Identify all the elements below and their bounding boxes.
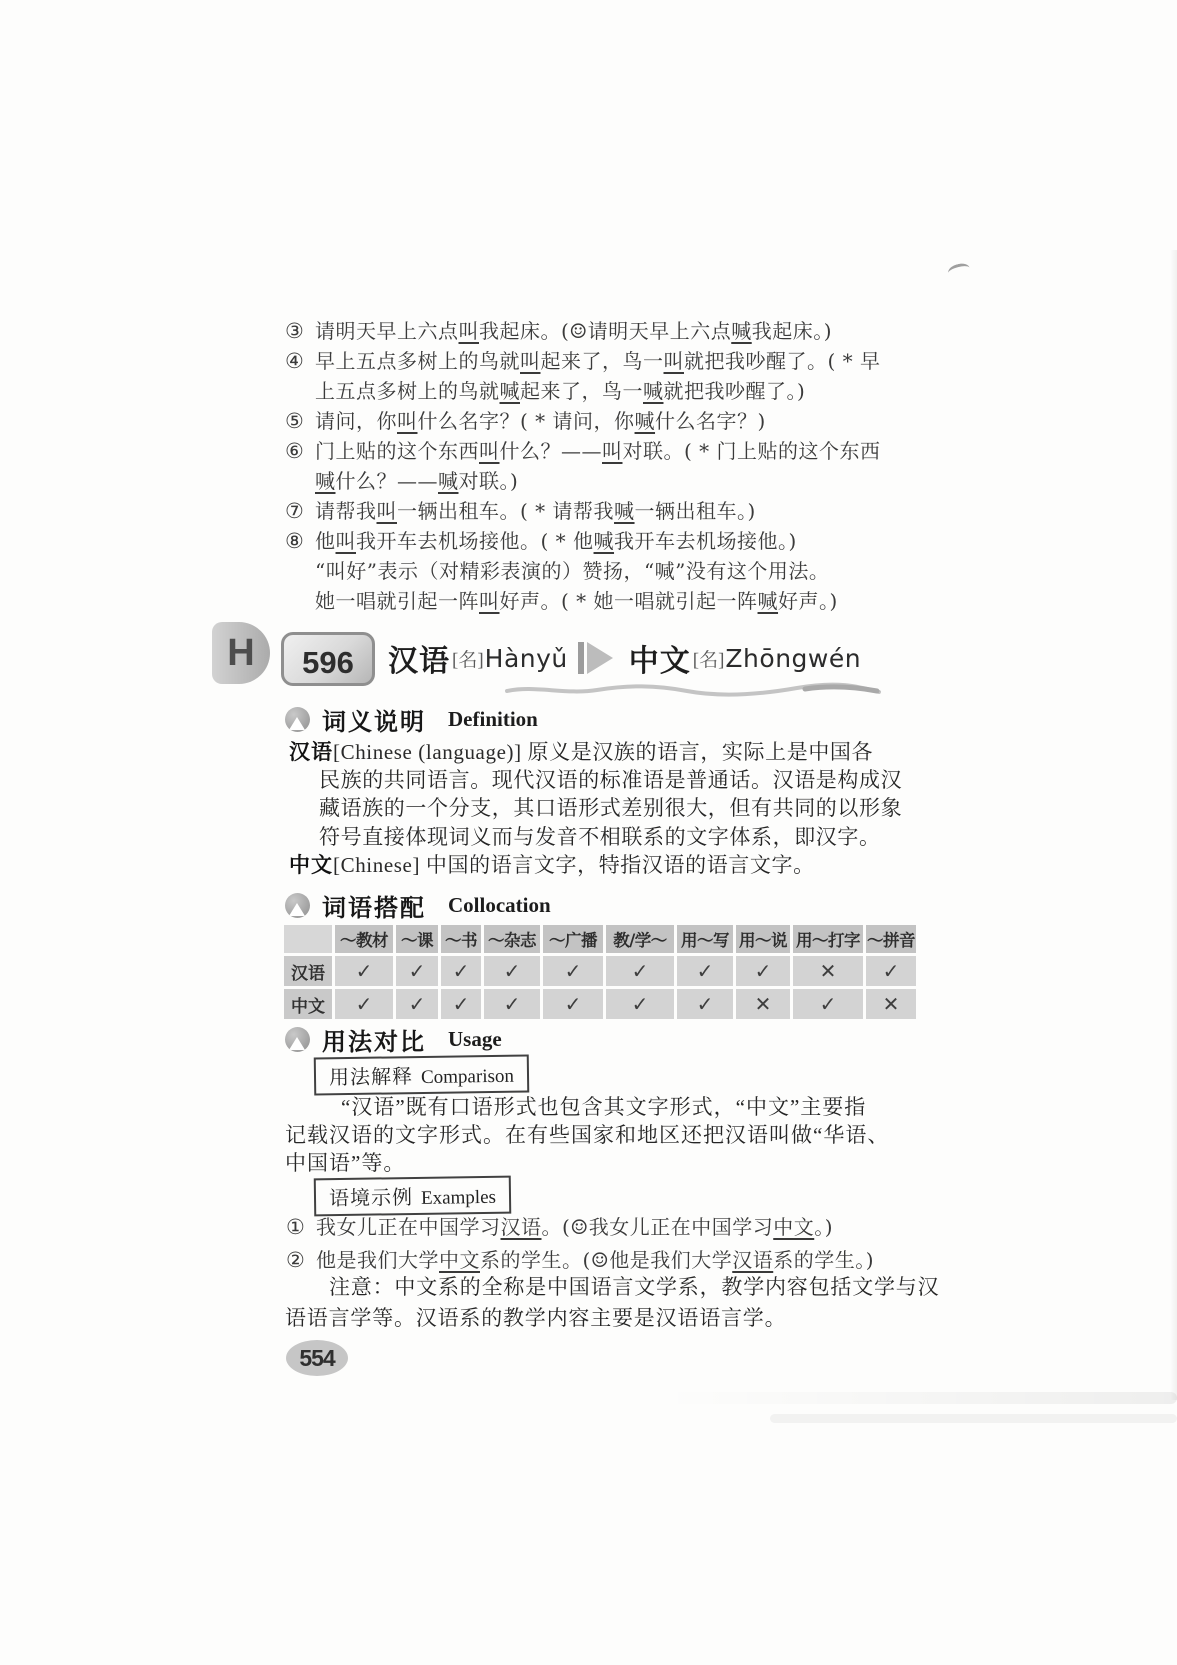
definition-section-heading: 词义说明 Definition — [285, 702, 538, 737]
sentence-text: 什么名字？( * 请问，你 — [418, 409, 635, 433]
sentence-text: 请明天早上六点 — [315, 319, 459, 343]
check-mark: ✓ — [335, 989, 393, 1019]
pencil-underline — [505, 682, 885, 698]
page-edge-shadow — [1170, 250, 1177, 1400]
definition-headword: 中文 — [289, 852, 333, 877]
check-mark: ✓ — [396, 989, 438, 1019]
example-line: ④早上五点多树上的鸟就叫起来了，鸟一叫就把我吵醒了。( * 早 — [285, 346, 881, 376]
collocation-header-cell: ～课 — [396, 925, 438, 953]
example-number: ④ — [285, 346, 315, 376]
sentence-text: 什么？—— — [500, 439, 603, 463]
underlined-term: 汉语 — [732, 1248, 773, 1272]
collocation-header-cell: ～广播 — [543, 925, 603, 953]
underlined-term: 叫 — [397, 409, 418, 433]
examples-label-en: Examples — [421, 1187, 496, 1210]
collocation-row-label: 中文 — [284, 989, 332, 1019]
comparison-label-zh: 用法解释 — [329, 1060, 413, 1090]
example-number: ⑦ — [285, 496, 315, 526]
collocation-header-cell: 用～说 — [736, 925, 790, 953]
sentence-text: 早上五点多树上的鸟就 — [315, 349, 520, 373]
example-line: ⑤请问，你叫什么名字？( * 请问，你喊什么名字？) — [285, 406, 881, 436]
definition-body: 汉语[Chinese (language)] 原义是汉族的语言，实际上是中国各民… — [289, 738, 911, 879]
example-line: 上五点多树上的鸟就喊起来了，鸟一喊就把我吵醒了。) — [285, 376, 881, 406]
usage-heading-en: Usage — [448, 1027, 502, 1052]
sentence-text: 他 — [315, 529, 336, 553]
sentence-text: 就把我吵醒了。( * 早 — [684, 349, 881, 373]
definition-line: 藏语族的一个分支，其口语形式差别很大，但有共同的以形象 — [289, 794, 911, 822]
example-line: ⑧他叫我开车去机场接他。( * 他喊我开车去机场接他。) — [285, 526, 881, 556]
sentence-text: 我女儿正在中国学习 — [316, 1215, 501, 1239]
sentence-text: 上五点多树上的鸟就 — [315, 379, 500, 403]
section-letter-tab: H — [212, 622, 270, 684]
check-mark: ✓ — [335, 956, 393, 986]
headword-1: 汉语 — [388, 636, 450, 680]
comparison-line: 中国语”等。 — [285, 1149, 913, 1177]
collocation-header-cell: ～拼音 — [866, 925, 916, 953]
example-number: ⑤ — [285, 406, 315, 436]
sentence-text: 我开车去机场接他。) — [614, 529, 797, 553]
definition-headword: 汉语 — [289, 739, 333, 764]
collocation-row-label: 汉语 — [284, 956, 332, 986]
example-number: ① — [286, 1211, 316, 1244]
example-line: ⑦请帮我叫一辆出租车。( * 请帮我喊一辆出租车。) — [285, 496, 881, 526]
example-line: ①我女儿正在中国学习汉语。(☺我女儿正在中国学习中文。) — [286, 1211, 874, 1244]
sentence-text: 好声。( * 她一唱就引起一阵 — [500, 589, 758, 613]
definition-gloss: [Chinese] — [333, 853, 426, 877]
collocation-header-cell: 用～写 — [677, 925, 733, 953]
definition-heading-zh: 词义说明 — [322, 702, 426, 737]
underlined-term: 叫 — [479, 439, 500, 463]
collocation-header-cell: ～杂志 — [484, 925, 540, 953]
sentence-text: 。) — [814, 1215, 833, 1239]
underlined-term: 叫 — [664, 349, 685, 373]
sentence-text: 门上贴的这个东西 — [315, 439, 479, 463]
example-line: ⑥门上贴的这个东西叫什么？——叫对联。( * 门上贴的这个东西 — [285, 436, 881, 466]
definition-line: 符号直接体现词义而与发音不相联系的文字体系，即汉字。 — [289, 823, 911, 851]
underlined-term: 叫 — [336, 529, 357, 553]
headword-2: 中文 — [629, 636, 691, 680]
check-mark: ✓ — [736, 956, 790, 986]
mountain-circle-icon — [285, 707, 310, 732]
comparison-line: 记载汉语的文字形式。在有些国家和地区还把汉语叫做“华语、 — [285, 1121, 913, 1149]
sentence-text: 好声。) — [778, 589, 838, 613]
examples-label-zh: 语境示例 — [329, 1181, 413, 1211]
collocation-header-cell: 用～打字 — [793, 925, 863, 953]
sentence-text: 一辆出租车。) — [635, 499, 756, 523]
collocation-heading-zh: 词语搭配 — [322, 888, 426, 923]
sentence-text: 他是我们大学 — [316, 1248, 439, 1272]
entry-headword-row: 汉语 [名] Hànyǔ 中文 [名] Zhōngwén — [388, 630, 861, 686]
example-number: ③ — [285, 316, 315, 346]
scan-streak — [660, 1392, 1177, 1404]
scan-artifact-mark — [947, 262, 971, 280]
sentence-text: 就把我吵醒了。) — [664, 379, 806, 403]
underlined-term: 中文 — [439, 1248, 480, 1272]
arrow-triangle — [587, 642, 613, 674]
underlined-term: 喊 — [614, 499, 635, 523]
versus-arrow-icon — [578, 642, 613, 674]
underlined-term: 喊 — [635, 409, 656, 433]
sentence-text: 什么名字？) — [655, 409, 766, 433]
sentence-text: 我起床。(☺请明天早上六点 — [479, 319, 731, 343]
sentence-text: 我起床。) — [752, 319, 832, 343]
underlined-term: 喊 — [315, 469, 336, 493]
check-mark: ✓ — [866, 956, 916, 986]
mountain-circle-icon — [285, 893, 310, 918]
underlined-term: 中文 — [773, 1215, 814, 1239]
check-mark: ✓ — [606, 989, 674, 1019]
check-mark: ✓ — [441, 989, 481, 1019]
sentence-text: 系的学生。) — [773, 1248, 874, 1272]
check-mark: ✓ — [793, 989, 863, 1019]
comparison-line: “汉语”既有口语形式也包含其文字形式，“中文”主要指 — [285, 1093, 913, 1121]
underlined-term: 叫 — [377, 499, 398, 523]
note-line: 注意：中文系的全称是中国语言文学系，教学内容包括文学与汉 — [285, 1272, 913, 1303]
underlined-term: 喊 — [500, 379, 521, 403]
section-letter: H — [227, 632, 254, 675]
cross-mark: ✕ — [866, 989, 916, 1019]
check-mark: ✓ — [677, 956, 733, 986]
collocation-header-cell: 教/学～ — [606, 925, 674, 953]
collocation-section-heading: 词语搭配 Collocation — [285, 888, 551, 923]
sentence-text: 起来了，鸟一 — [520, 379, 643, 403]
definition-line: 中文[Chinese] 中国的语言文字，特指汉语的语言文字。 — [289, 851, 911, 879]
sentence-text: 一辆出租车。( * 请帮我 — [397, 499, 614, 523]
sentence-text: 请问，你 — [315, 409, 397, 433]
check-mark: ✓ — [484, 956, 540, 986]
dictionary-page-scan: ③请明天早上六点叫我起床。(☺请明天早上六点喊我起床。)④早上五点多树上的鸟就叫… — [0, 0, 1177, 1665]
sentence-text: “叫好”表示（对精彩表演的）赞扬，“喊”没有这个用法。 — [315, 559, 829, 583]
sentence-text: 她一唱就引起一阵 — [315, 589, 479, 613]
collocation-heading-en: Collocation — [448, 893, 551, 918]
definition-text: 藏语族的一个分支，其口语形式差别很大，但有共同的以形象 — [319, 796, 902, 820]
definition-text: 原义是汉族的语言，实际上是中国各 — [528, 740, 874, 764]
underlined-term: 喊 — [758, 589, 779, 613]
sentence-text: 对联。) — [459, 469, 519, 493]
check-mark: ✓ — [677, 989, 733, 1019]
example-line: ③请明天早上六点叫我起床。(☺请明天早上六点喊我起床。) — [285, 316, 881, 346]
underlined-term: 喊 — [594, 529, 615, 553]
comparison-box-label: 用法解释 Comparison — [314, 1055, 529, 1096]
note-line: 语语言学等。汉语系的教学内容主要是汉语语言学。 — [285, 1303, 913, 1334]
sentence-text: 起来了，鸟一 — [541, 349, 664, 373]
check-mark: ✓ — [543, 989, 603, 1019]
definition-text: 中国的语言文字，特指汉语的语言文字。 — [426, 853, 815, 877]
usage-heading-zh: 用法对比 — [322, 1022, 426, 1057]
example-line: 她一唱就引起一阵叫好声。( * 她一唱就引起一阵喊好声。) — [285, 586, 881, 616]
entry-number-box: 596 — [281, 632, 375, 686]
sentence-text: 。(☺我女儿正在中国学习 — [542, 1215, 774, 1239]
example-number: ⑥ — [285, 436, 315, 466]
headword-1-pos: [名] — [452, 645, 484, 672]
example-line: 喊什么？——喊对联。) — [285, 466, 881, 496]
definition-gloss: [Chinese (language)] — [333, 740, 528, 764]
entry-number: 596 — [302, 643, 354, 683]
previous-entry-examples: ③请明天早上六点叫我起床。(☺请明天早上六点喊我起床。)④早上五点多树上的鸟就叫… — [285, 316, 881, 616]
underlined-term: 叫 — [602, 439, 623, 463]
check-mark: ✓ — [484, 989, 540, 1019]
definition-text: 符号直接体现词义而与发音不相联系的文字体系，即汉字。 — [319, 825, 881, 849]
check-mark: ✓ — [441, 956, 481, 986]
mountain-circle-icon — [285, 1027, 310, 1052]
headword-2-pinyin: Zhōngwén — [725, 644, 861, 673]
sentence-text: 系的学生。(☺他是我们大学 — [480, 1248, 732, 1272]
definition-line: 汉语[Chinese (language)] 原义是汉族的语言，实际上是中国各 — [289, 738, 911, 766]
collocation-table: ～教材～课～书～杂志～广播教/学～用～写用～说用～打字～拼音汉语✓✓✓✓✓✓✓✓… — [284, 925, 916, 1019]
usage-section-heading: 用法对比 Usage — [285, 1022, 502, 1057]
underlined-term: 喊 — [643, 379, 664, 403]
usage-note-paragraph: 注意：中文系的全称是中国语言文学系，教学内容包括文学与汉语语言学等。汉语系的教学… — [285, 1272, 913, 1334]
check-mark: ✓ — [606, 956, 674, 986]
definition-line: 民族的共同语言。现代汉语的标准语是普通话。汉语是构成汉 — [289, 766, 911, 794]
sentence-text: 我开车去机场接他。( * 他 — [356, 529, 594, 553]
headword-2-pos: [名] — [693, 645, 725, 672]
sentence-text: 什么？—— — [336, 469, 439, 493]
example-line: “叫好”表示（对精彩表演的）赞扬，“喊”没有这个用法。 — [285, 556, 881, 586]
underlined-term: 叫 — [479, 589, 500, 613]
example-number: ⑧ — [285, 526, 315, 556]
comparison-label-en: Comparison — [421, 1066, 514, 1089]
scan-streak — [770, 1414, 1177, 1423]
headword-1-pinyin: Hànyǔ — [485, 644, 568, 673]
definition-text: 民族的共同语言。现代汉语的标准语是普通话。汉语是构成汉 — [319, 768, 902, 792]
cross-mark: ✕ — [736, 989, 790, 1019]
underlined-term: 叫 — [459, 319, 480, 343]
sentence-text: 对联。( * 门上贴的这个东西 — [623, 439, 881, 463]
page-number: 554 — [299, 1345, 334, 1372]
sentence-text: 请帮我 — [315, 499, 377, 523]
check-mark: ✓ — [543, 956, 603, 986]
page-number-badge: 554 — [286, 1340, 348, 1376]
underlined-term: 叫 — [520, 349, 541, 373]
usage-examples: ①我女儿正在中国学习汉语。(☺我女儿正在中国学习中文。)②他是我们大学中文系的学… — [286, 1211, 874, 1277]
underlined-term: 喊 — [731, 319, 752, 343]
definition-heading-en: Definition — [448, 707, 538, 732]
table-corner-cell — [284, 925, 332, 953]
check-mark: ✓ — [396, 956, 438, 986]
underlined-term: 汉语 — [501, 1215, 542, 1239]
collocation-header-cell: ～书 — [441, 925, 481, 953]
cross-mark: ✕ — [793, 956, 863, 986]
underlined-term: 喊 — [438, 469, 459, 493]
comparison-paragraph: “汉语”既有口语形式也包含其文字形式，“中文”主要指记载汉语的文字形式。在有些国… — [285, 1093, 913, 1177]
collocation-header-cell: ～教材 — [335, 925, 393, 953]
arrow-bar — [578, 642, 584, 674]
